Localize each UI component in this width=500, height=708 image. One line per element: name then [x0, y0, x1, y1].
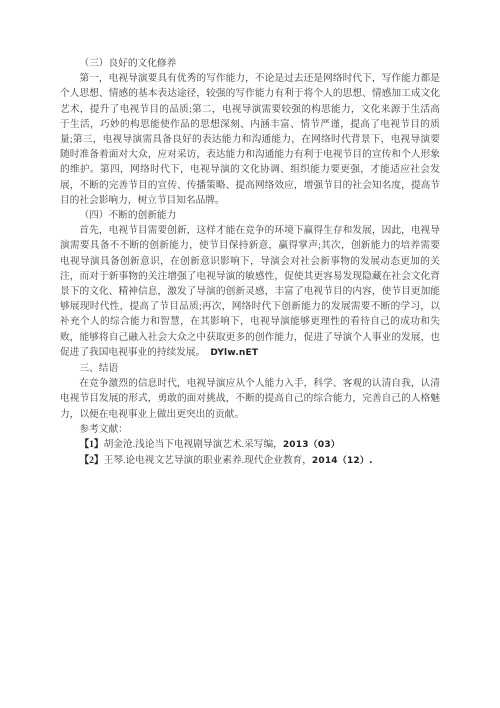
- watermark-text: DYlw.nET: [210, 348, 258, 358]
- reference-1-label: 【1】: [79, 439, 103, 450]
- reference-2-year: 2014（12）.: [312, 456, 373, 466]
- document-body: （三）良好的文化修养 第一，电视导演要具有优秀的写作能力，不论是过去还是网络时代…: [60, 56, 440, 469]
- section-heading-innovation: （四）不断的创新能力: [60, 208, 440, 223]
- section-heading-conclusion: 三、结语: [60, 361, 440, 376]
- paragraph-conclusion: 在竞争激烈的信息时代，电视导演应从个人能力入手，科学、客观的认清自我，认清电视节…: [60, 376, 440, 422]
- section-heading-culture: （三）良好的文化修养: [60, 56, 440, 71]
- document-page: （三）良好的文化修养 第一，电视导演要具有优秀的写作能力，不论是过去还是网络时代…: [0, 0, 500, 708]
- paragraph-innovation-text: 首先，电视节目需要创新，这样才能在竞争的环境下赢得生存和发展，因此，电视导演需要…: [60, 225, 440, 358]
- reference-item-2: 【2】王琴.论电视文艺导演的职业素养.现代企业教育，2014（12）.: [60, 453, 440, 469]
- reference-2-body: 王琴.论电视文艺导演的职业素养.现代企业教育，: [104, 455, 312, 466]
- reference-1-body: 胡金沧.浅论当下电视剧导演艺术.采写编，: [104, 439, 283, 450]
- reference-item-1: 【1】胡金沧.浅论当下电视剧导演艺术.采写编，2013（03）: [60, 437, 440, 453]
- reference-1-year: 2013（03）: [283, 440, 340, 450]
- paragraph-culture: 第一，电视导演要具有优秀的写作能力，不论是过去还是网络时代下，写作能力都是个人思…: [60, 71, 440, 208]
- references-title: 参考文献：: [60, 422, 440, 437]
- reference-2-label: 【2】: [79, 455, 103, 466]
- paragraph-innovation: 首先，电视节目需要创新，这样才能在竞争的环境下赢得生存和发展，因此，电视导演需要…: [60, 223, 440, 361]
